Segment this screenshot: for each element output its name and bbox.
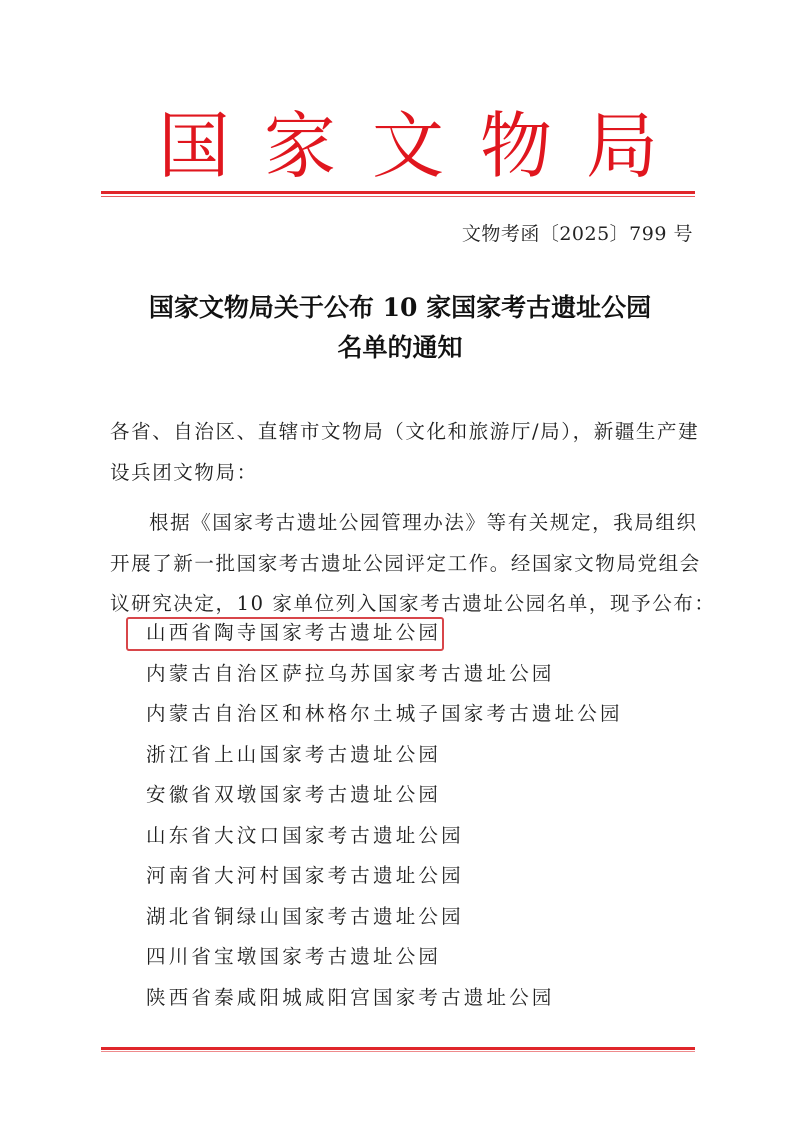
- list-item: 内蒙古自治区萨拉乌苏国家考古遗址公园: [146, 654, 706, 695]
- list-item: 湖北省铜绿山国家考古遗址公园: [146, 897, 706, 938]
- list-item: 山西省陶寺国家考古遗址公园: [146, 613, 706, 654]
- list-item: 河南省大河村国家考古遗址公园: [146, 856, 706, 897]
- list-item: 四川省宝墩国家考古遗址公园: [146, 937, 706, 978]
- list-item: 安徽省双墩国家考古遗址公园: [146, 775, 706, 816]
- list-item: 山东省大汶口国家考古遗址公园: [146, 816, 706, 857]
- paragraph-line-1: 根据《国家考古遗址公园管理办法》等有关规定，我局组织: [110, 503, 700, 544]
- addressee-line-1: 各省、自治区、直辖市文物局（文化和旅游厅/局），新疆生产建: [110, 412, 700, 453]
- body-paragraph: 根据《国家考古遗址公园管理办法》等有关规定，我局组织 开展了新一批国家考古遗址公…: [110, 503, 700, 625]
- letterhead-char: 文: [372, 104, 444, 188]
- letterhead-char: 局: [586, 104, 658, 188]
- letterhead-char: 家: [264, 104, 336, 188]
- list-item: 浙江省上山国家考古遗址公园: [146, 735, 706, 776]
- letterhead-char: 物: [480, 104, 552, 188]
- document-title: 国家文物局关于公布 10 家国家考古遗址公园 名单的通知: [100, 288, 700, 368]
- letterhead: 国 家 文 物 局: [100, 104, 696, 188]
- footer-divider: [101, 1047, 695, 1050]
- addressee: 各省、自治区、直辖市文物局（文化和旅游厅/局），新疆生产建 设兵团文物局：: [110, 412, 700, 493]
- list-item: 陕西省秦咸阳城咸阳宫国家考古遗址公园: [146, 978, 706, 1019]
- letterhead-divider: [101, 191, 695, 194]
- title-line-1: 国家文物局关于公布 10 家国家考古遗址公园: [100, 288, 700, 328]
- park-list: 山西省陶寺国家考古遗址公园 内蒙古自治区萨拉乌苏国家考古遗址公园 内蒙古自治区和…: [146, 613, 706, 1018]
- paragraph-line-2: 开展了新一批国家考古遗址公园评定工作。经国家文物局党组会: [110, 544, 700, 585]
- document-number: 文物考函〔2025〕799 号: [462, 220, 693, 248]
- letterhead-char: 国: [158, 104, 230, 188]
- list-item: 内蒙古自治区和林格尔土城子国家考古遗址公园: [146, 694, 706, 735]
- title-line-2: 名单的通知: [100, 328, 700, 368]
- footer-divider-thin: [101, 1051, 695, 1052]
- addressee-line-2: 设兵团文物局：: [110, 453, 700, 494]
- letterhead-divider-thin: [101, 196, 695, 197]
